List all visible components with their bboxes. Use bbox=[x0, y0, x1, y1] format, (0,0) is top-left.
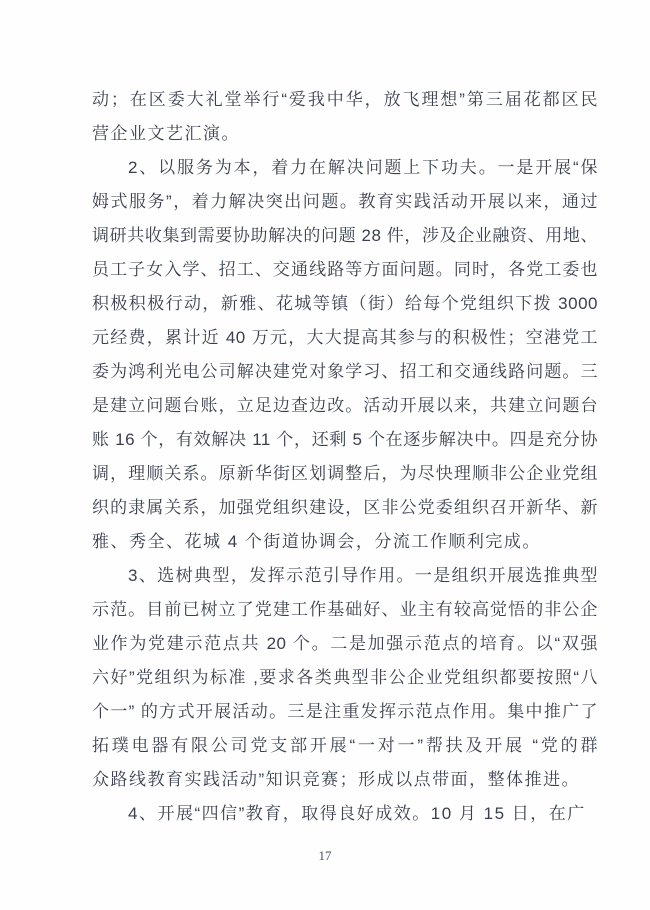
text-line: 2、以服务为本，着力在解决问题上下功夫。一是开展“保 bbox=[92, 151, 598, 185]
text-line: 积极积极行动，新雅、花城等镇（街）给每个党组织下拨 3000 bbox=[92, 287, 598, 321]
text-line: 委为鸿利光电公司解决建党对象学习、招工和交通线路问题。三 bbox=[92, 355, 598, 389]
text-line: 雅、秀全、花城 4 个街道协调会，分流工作顺利完成。 bbox=[92, 525, 598, 559]
text-line: 姆式服务”，着力解决突出问题。教育实践活动开展以来，通过 bbox=[92, 185, 598, 219]
text-line: 员工子女入学、招工、交通线路等方面问题。同时，各党工委也 bbox=[92, 253, 598, 287]
text-line: 业作为党建示范点共 20 个。二是加强示范点的培育。以“双强 bbox=[92, 627, 598, 661]
text-line: 调研共收集到需要协助解决的问题 28 件，涉及企业融资、用地、 bbox=[92, 219, 598, 253]
text-line: 调，理顺关系。原新华街区划调整后，为尽快理顺非公企业党组 bbox=[92, 457, 598, 491]
text-line: 个一” 的方式开展活动。三是注重发挥示范点作用。集中推广了 bbox=[92, 695, 598, 729]
text-line: 众路线教育实践活动”知识竞赛；形成以点带面，整体推进。 bbox=[92, 763, 598, 797]
text-line: 营企业文艺汇演。 bbox=[92, 117, 598, 151]
page-text-body: 动；在区委大礼堂举行“爱我中华，放飞理想”第三届花都区民营企业文艺汇演。2、以服… bbox=[92, 83, 598, 831]
text-line: 元经费，累计近 40 万元，大大提高其参与的积极性；空港党工 bbox=[92, 321, 598, 355]
text-line: 3、选树典型，发挥示范引导作用。一是组织开展选推典型 bbox=[92, 559, 598, 593]
text-line: 拓璞电器有限公司党支部开展“一对一”帮扶及开展 “党的群 bbox=[92, 729, 598, 763]
text-line: 示范。目前已树立了党建工作基础好、业主有较高觉悟的非公企 bbox=[92, 593, 598, 627]
document-page: 动；在区委大礼堂举行“爱我中华，放飞理想”第三届花都区民营企业文艺汇演。2、以服… bbox=[0, 0, 650, 910]
text-line: 4、开展“四信”教育，取得良好成效。10 月 15 日，在广 bbox=[92, 797, 598, 831]
text-line: 织的隶属关系，加强党组织建设，区非公党委组织召开新华、新 bbox=[92, 491, 598, 525]
page-number: 17 bbox=[0, 848, 650, 864]
text-line: 是建立问题台账，立足边查边改。活动开展以来，共建立问题台 bbox=[92, 389, 598, 423]
text-line: 六好”党组织为标准 ,要求各类典型非公企业党组织都要按照“八 bbox=[92, 661, 598, 695]
text-line: 账 16 个，有效解决 11 个，还剩 5 个在逐步解决中。四是充分协 bbox=[92, 423, 598, 457]
text-line: 动；在区委大礼堂举行“爱我中华，放飞理想”第三届花都区民 bbox=[92, 83, 598, 117]
